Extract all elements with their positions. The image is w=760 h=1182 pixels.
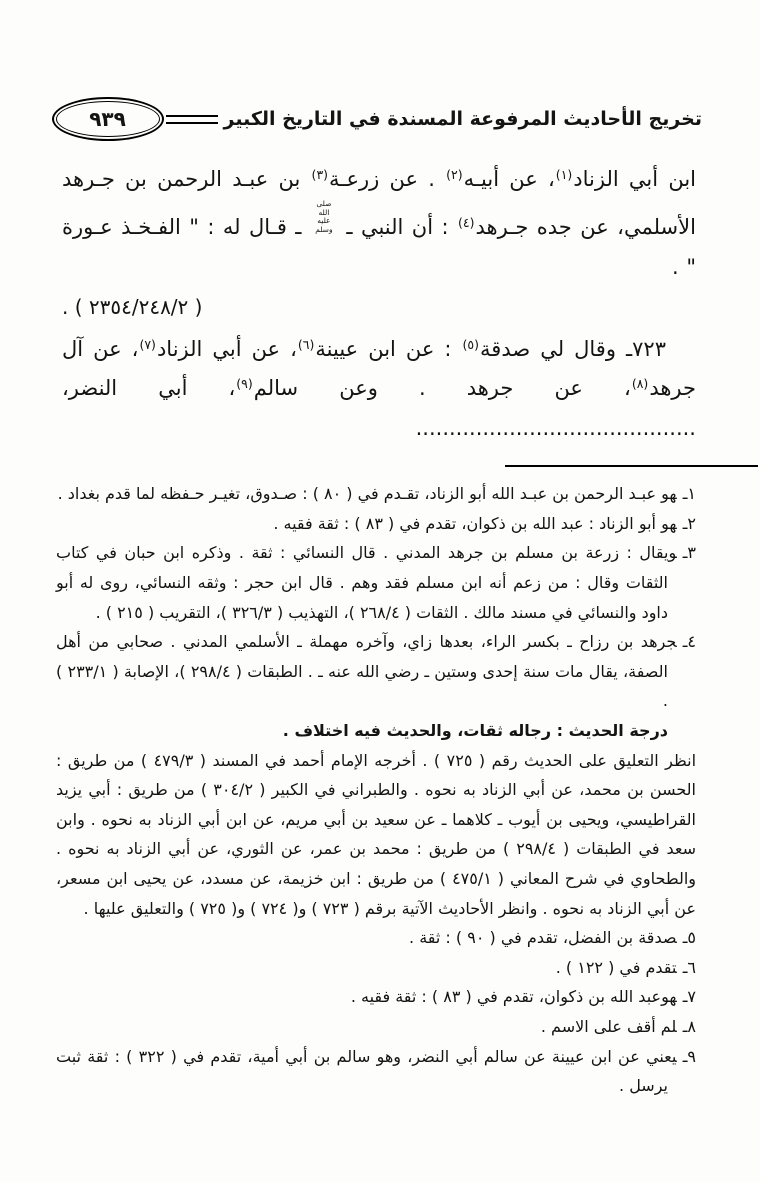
hadith-paragraph-1: ابن أبي الزناد(١)، عن أبيـه(٢) . عن زرعـ… xyxy=(62,160,696,288)
footnote-text: جرهد بن رزاح ـ بكسر الراء، بعدها زاي، وآ… xyxy=(56,632,677,710)
footnote-text: هو أبو الزناد : عبد الله بن ذكوان، تقدم … xyxy=(273,514,676,533)
footnote-number: ١ـ xyxy=(683,484,696,503)
footnote-marker: (٨) xyxy=(632,376,649,391)
footnote-text: تقدم في ( ١٢٢ ) . xyxy=(556,958,677,977)
footnote-marker: (١) xyxy=(556,167,573,182)
footnote-text: ويقال : زرعة بن مسلم بن جرهد المدني . قا… xyxy=(56,543,677,621)
footnote-item: ٣ـويقال : زرعة بن مسلم بن جرهد المدني . … xyxy=(56,538,696,627)
page-number: ٩٣٩ xyxy=(89,107,126,131)
footnote-number: ٧ـ xyxy=(683,987,696,1006)
footnote-number: ٨ـ xyxy=(683,1017,696,1036)
text-run: : عن ابن عيينة xyxy=(315,337,461,361)
hadith-paragraph-2: ٧٢٣ـ وقال لي صدقة(٥) : عن ابن عيينة(٦)، … xyxy=(62,330,696,450)
text-run: ابن أبي الزناد xyxy=(573,167,696,191)
salawat-ligature: صلى الله عليه وسلم xyxy=(311,200,337,235)
footnote-item: ٢ـهو أبو الزناد : عبد الله بن ذكوان، تقد… xyxy=(56,509,696,539)
footnote-item: ٥ـصدقة بن الفضل، تقدم في ( ٩٠ ) : ثقة . xyxy=(56,923,696,953)
footnote-item: ٩ـيعني عن ابن عيينة عن سالم أبي النضر، و… xyxy=(56,1042,696,1101)
footnote-separator xyxy=(505,465,758,467)
footnote-marker: (٤) xyxy=(458,215,475,230)
footnote-item: ٨ـلم أقف على الاسم . xyxy=(56,1012,696,1042)
footnote-number: ٩ـ xyxy=(683,1047,696,1066)
footnote-text: لم أقف على الاسم . xyxy=(541,1017,677,1036)
grade-text: رجاله ثقات، والحديث فيه اختلاف . xyxy=(283,721,557,740)
page-header: تخريج الأحاديث المرفوعة المسندة في التار… xyxy=(0,94,760,144)
footnote-item: ٤ـجرهد بن رزاح ـ بكسر الراء، بعدها زاي، … xyxy=(56,627,696,716)
hadith-reference: ( ٢٣٥٤/٢٤٨/٢ ) . xyxy=(62,288,696,326)
text-run: ، عن جرهد . وعن سالم xyxy=(254,376,631,400)
footnote-number: ٦ـ xyxy=(683,958,696,977)
footnote-text: يعني عن ابن عيينة عن سالم أبي النضر، وهو… xyxy=(56,1047,677,1096)
text-run: : أن النبي ـ xyxy=(338,215,457,239)
book-title: تخريج الأحاديث المرفوعة المسندة في التار… xyxy=(218,108,703,130)
page-number-badge: ٩٣٩ xyxy=(52,97,164,141)
footnote-marker: (٥) xyxy=(463,337,480,352)
footnote-marker: (٧) xyxy=(139,337,156,352)
footnote-item: ٦ـتقدم في ( ١٢٢ ) . xyxy=(56,953,696,983)
footnote-number: ٢ـ xyxy=(683,514,696,533)
main-text-block: ابن أبي الزناد(١)، عن أبيـه(٢) . عن زرعـ… xyxy=(0,160,760,449)
text-run: . عن زرعـة xyxy=(329,167,445,191)
text-run: ، عن أبيـه xyxy=(464,167,555,191)
header-rule-right xyxy=(166,115,218,124)
book-page: تخريج الأحاديث المرفوعة المسندة في التار… xyxy=(0,0,760,1182)
footnote-marker: (٢) xyxy=(446,167,463,182)
grade-label: درجة الحديث : xyxy=(557,721,668,740)
footnote-marker: (٦) xyxy=(298,337,315,352)
text-run: ، عن أبي الزناد xyxy=(157,337,297,361)
footnote-marker: (٣) xyxy=(312,167,329,182)
footnote-marker: (٩) xyxy=(236,376,253,391)
footnote-number: ٥ـ xyxy=(683,928,696,947)
takhrij-commentary: انظر التعليق على الحديث رقم ( ٧٢٥ ) . أخ… xyxy=(56,746,696,924)
footnote-text: صدقة بن الفضل، تقدم في ( ٩٠ ) : ثقة . xyxy=(409,928,677,947)
footnote-text: هوعبد الله بن ذكوان، تقدم في ( ٨٣ ) : ثق… xyxy=(351,987,677,1006)
footnote-item: ٧ـهوعبد الله بن ذكوان، تقدم في ( ٨٣ ) : … xyxy=(56,982,696,1012)
footnote-item: ١ـهو عبـد الرحمن بن عبـد الله أبو الزناد… xyxy=(56,479,696,509)
text-run: ٧٢٣ـ وقال لي صدقة xyxy=(480,337,666,361)
footnote-text: هو عبـد الرحمن بن عبـد الله أبو الزناد، … xyxy=(58,484,677,503)
footnote-number: ٤ـ xyxy=(683,632,696,651)
footnote-number: ٣ـ xyxy=(683,543,696,562)
hadith-grade-heading: درجة الحديث : رجاله ثقات، والحديث فيه اخ… xyxy=(56,716,696,746)
footnotes-block: ١ـهو عبـد الرحمن بن عبـد الله أبو الزناد… xyxy=(0,479,760,1100)
